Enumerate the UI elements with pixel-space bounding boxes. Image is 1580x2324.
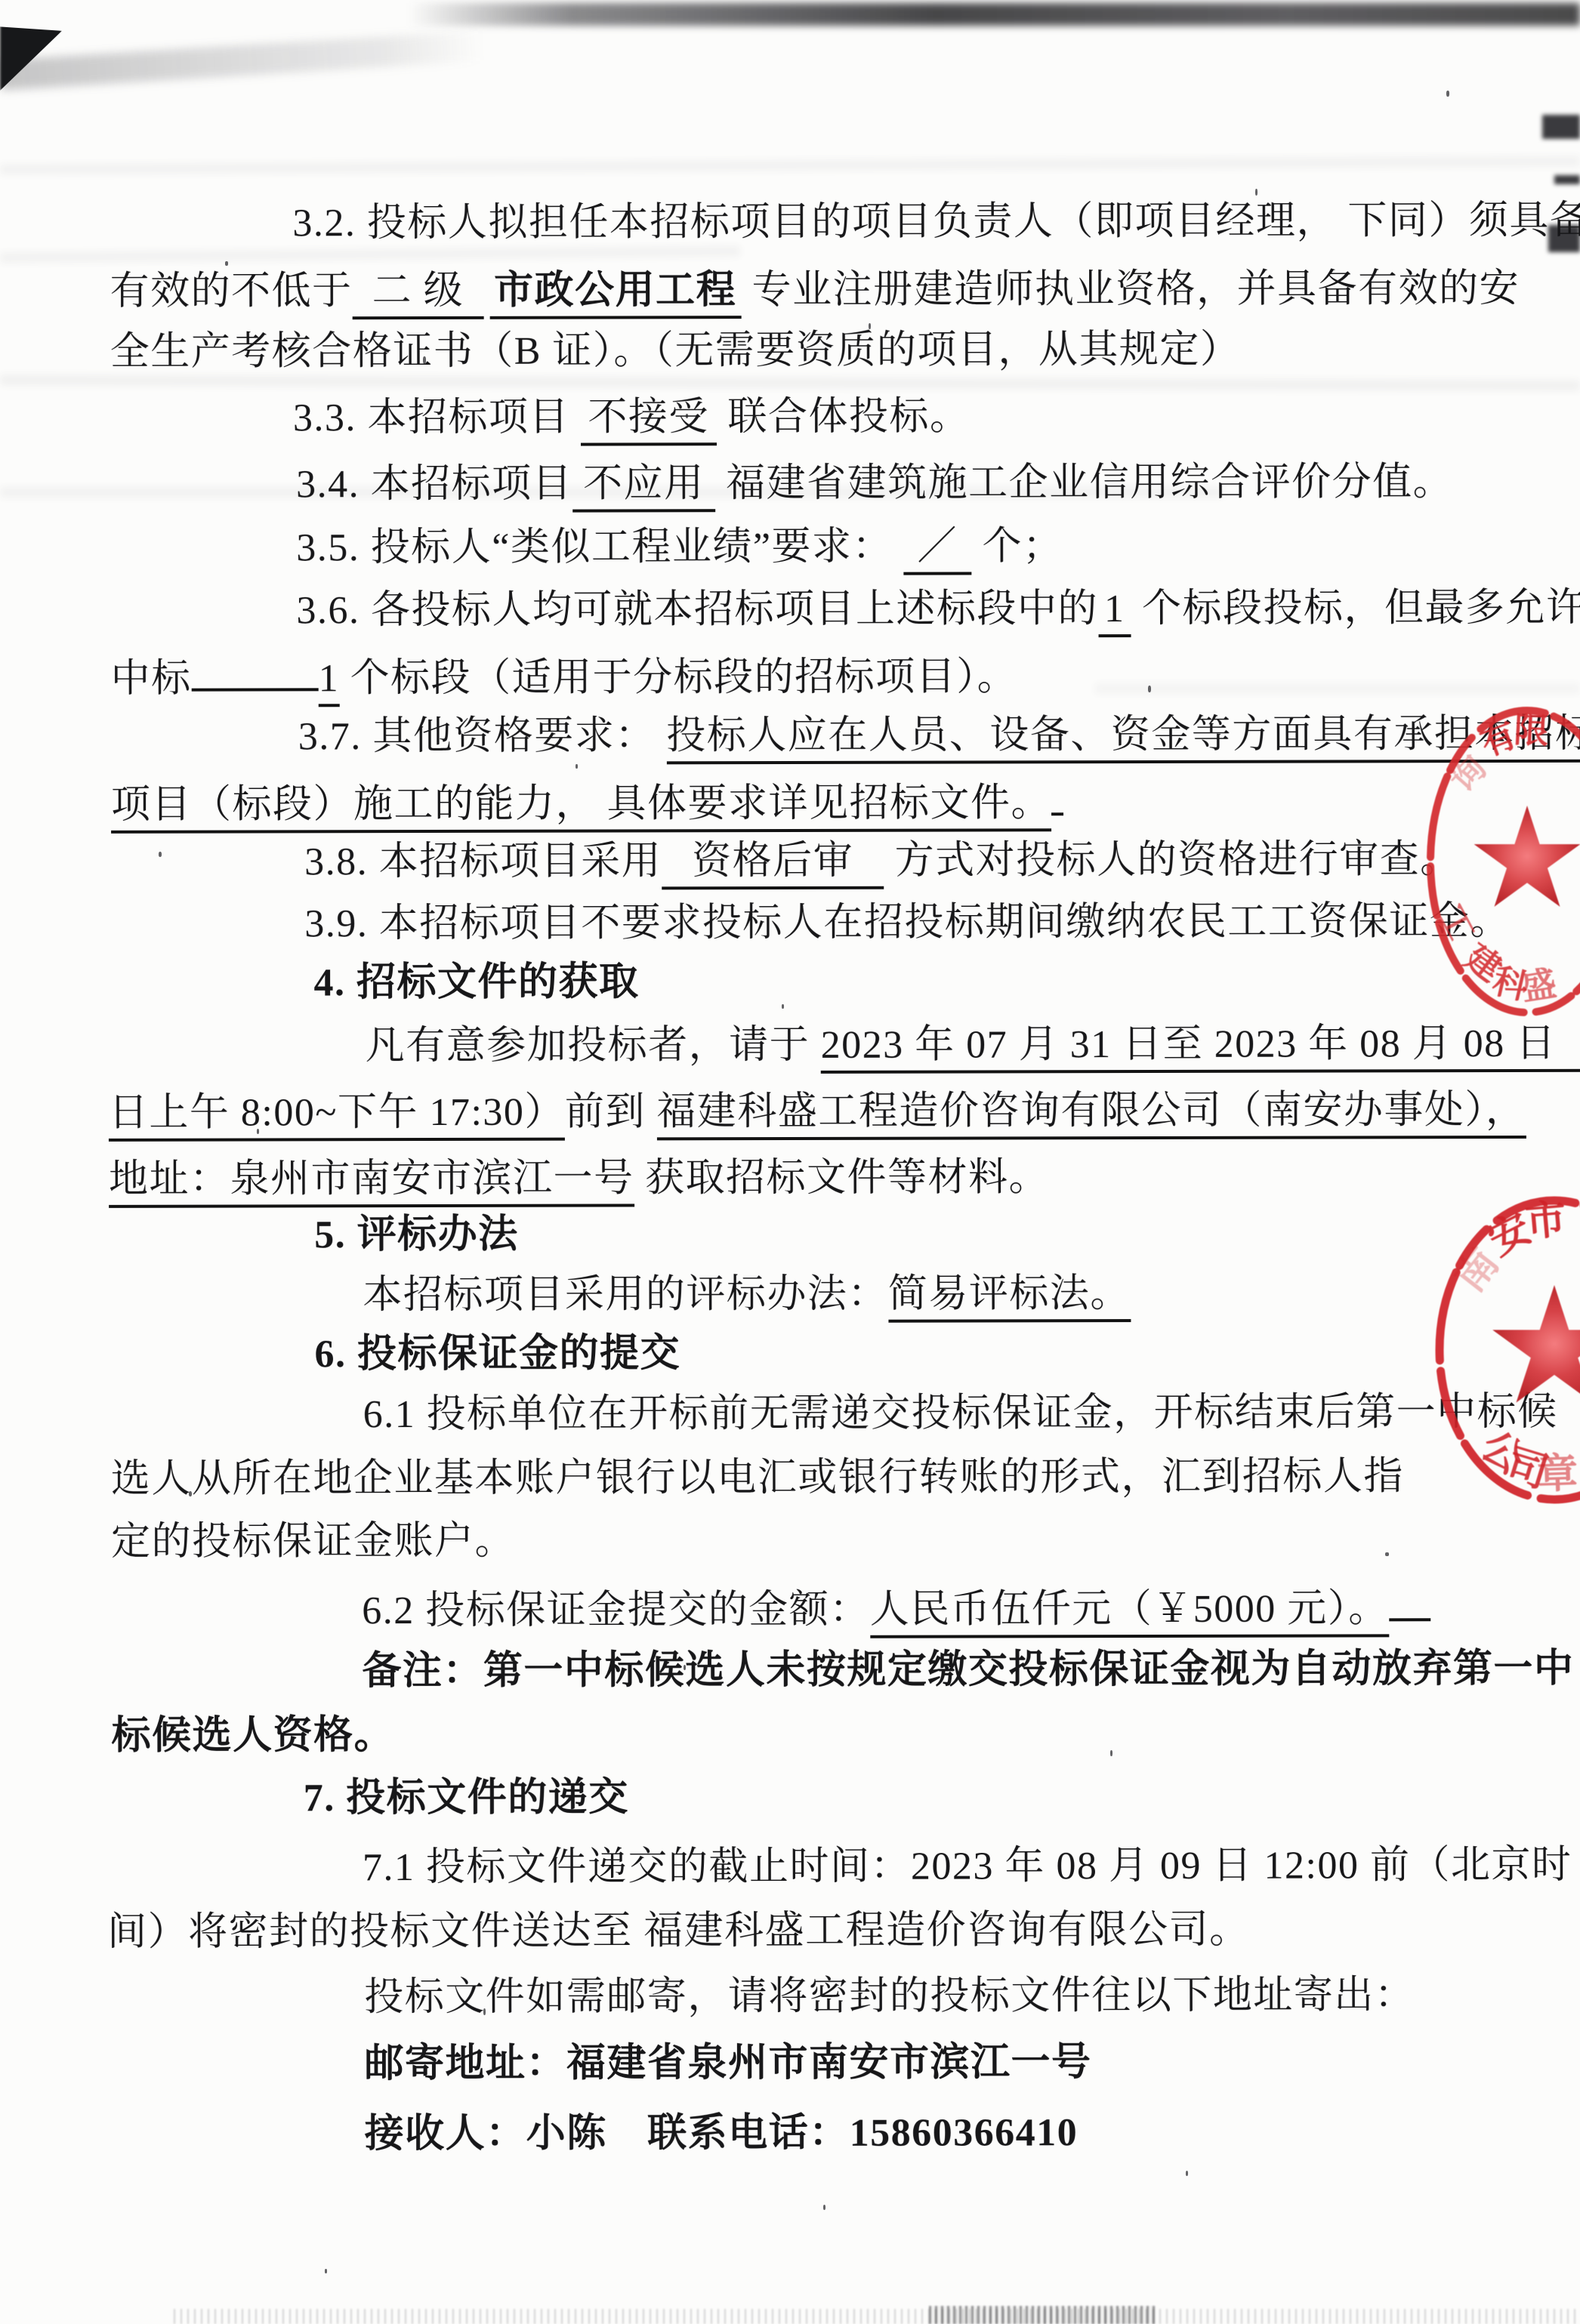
text-run: 本招标项目采用的评标办法： <box>363 1273 888 1317</box>
doc-line: 4. 招标文件的获取 <box>313 957 639 1007</box>
underlined-text: 日上午 8:00~下午 17:30） <box>109 1091 565 1142</box>
blank-underline <box>192 649 319 691</box>
text-run: 个标段投标，但最多允许 <box>1131 587 1580 630</box>
text-run: 福建省建筑施工企业信用综合评价分值。 <box>715 461 1454 505</box>
doc-line: 3.5. 投标人“类似工程业绩”要求： ／ 个； <box>296 522 1063 572</box>
doc-line: 有效的不低于二 级市政公用工程 专业注册建造师执业资格，并具备有效的安 <box>110 264 1520 316</box>
text-run: 7. 投标文件的递交 <box>304 1776 629 1820</box>
doc-line: 标候选人资格。 <box>112 1711 395 1761</box>
underlined-text: 投标人应在人员、设备、资金等方面具有承担本招标 <box>666 713 1580 765</box>
text-run: 凡有意参加投标者，请于 <box>366 1024 821 1068</box>
doc-line: 接收人：小陈 联系电话：15860366410 <box>365 2108 1079 2159</box>
text-run: 3.6. 各投标人均可就本招标项目上述标段中的 <box>296 587 1098 632</box>
underlined-text: 1 <box>1098 587 1131 637</box>
doc-line: 3.7. 其他资格要求： 投标人应在人员、设备、资金等方面具有承担本招标 <box>298 710 1580 762</box>
underlined-text: 市政公用工程 <box>489 269 741 319</box>
text-run: 间）将密封的投标文件送达至 福建科盛工程造价咨询有限公司。 <box>107 1909 1250 1954</box>
doc-line: 6.2 投标保证金提交的金额：人民币伍仟元（￥5000 元）。 <box>362 1579 1430 1635</box>
text-run: 专业注册建造师执业资格，并具备有效的安 <box>741 267 1520 312</box>
doc-line: 3.2. 投标人拟担任本招标项目的项目负责人（即项目经理， 下同）须具备 <box>292 196 1580 248</box>
text-run: 3.2. 投标人拟担任本招标项目的项目负责人（即项目经理， 下同）须具备 <box>292 199 1580 245</box>
doc-line: 3.3. 本招标项目 不接受 联合体投标。 <box>293 392 971 442</box>
doc-line: 项目（标段）施工的能力， 具体要求详见招标文件。 <box>111 773 1063 829</box>
underlined-text: 二 级 <box>353 270 484 319</box>
text-run: 联合体投标。 <box>717 395 971 439</box>
doc-line: 6. 投标保证金的提交 <box>314 1329 680 1379</box>
text-run: 3.4. 本招标项目 <box>296 463 572 507</box>
text-run: 邮寄地址：福建省泉州市南安市滨江一号 <box>364 2041 1091 2085</box>
doc-line: 3.6. 各投标人均可就本招标项目上述标段中的1 个标段投标，但最多允许 <box>296 584 1580 636</box>
text-run: 选人从所在地企业基本账户银行以电汇或银行转账的形式，汇到招标人指 <box>111 1455 1404 1501</box>
doc-line: 3.9. 本招标项目不要求投标人在招投标期间缴纳农民工工资保证金。 <box>304 897 1511 948</box>
underlined-text: 不接受 <box>580 396 717 445</box>
doc-line: 7. 投标文件的递交 <box>304 1773 629 1823</box>
doc-line: 3.4. 本招标项目不应用 福建省建筑施工企业信用综合评价分值。 <box>296 458 1453 509</box>
doc-line: 选人从所在地企业基本账户银行以电汇或银行转账的形式，汇到招标人指 <box>111 1452 1404 1504</box>
underlined-text: 地址：泉州市南安市滨江一号 <box>109 1157 634 1207</box>
document-text-layer: 3.2. 投标人拟担任本招标项目的项目负责人（即项目经理， 下同）须具备有效的不… <box>0 0 1580 2324</box>
text-run: 投标文件如需邮寄，请将密封的投标文件往以下地址寄出： <box>364 1974 1415 2019</box>
doc-line: 邮寄地址：福建省泉州市南安市滨江一号 <box>364 2038 1091 2088</box>
doc-line: 中标1 个标段（适用于分标段的招标项目）。 <box>111 647 1018 703</box>
underlined-text: 不应用 <box>572 462 715 512</box>
text-run: 全生产考核合格证书（B 证）。（无需要资质的项目，从其规定） <box>110 328 1241 374</box>
doc-line: 凡有意参加投标者，请于 2023 年 07 月 31 日至 2023 年 08 … <box>366 1019 1580 1071</box>
doc-line: 日上午 8:00~下午 17:30）前到 福建科盛工程造价咨询有限公司（南安办事… <box>109 1086 1526 1138</box>
text-run: 6. 投标保证金的提交 <box>314 1332 680 1376</box>
text-run: 6.1 投标单位在开标前无需递交投标保证金，开标结束后第一中标候 <box>363 1391 1558 1436</box>
blank-underline <box>1389 1579 1430 1621</box>
doc-line: 3.8. 本招标项目采用资格后审 方式对投标人的资格进行审查。 <box>304 835 1461 886</box>
text-run: 接收人：小陈 联系电话：15860366410 <box>365 2111 1079 2156</box>
text-run: 7.1 投标文件递交的截止时间：2023 年 08 月 09 日 12:00 前… <box>363 1844 1572 1889</box>
text-run: 定的投标保证金账户。 <box>111 1520 515 1564</box>
text-run: 方式对投标人的资格进行审查。 <box>884 838 1461 883</box>
text-run: 个标段（适用于分标段的招标项目）。 <box>339 655 1017 700</box>
doc-line: 本招标项目采用的评标办法：简易评标法。 <box>363 1269 1131 1320</box>
text-run: 标候选人资格。 <box>112 1714 395 1758</box>
underlined-text: 2023 年 07 月 31 日至 2023 年 08 月 08 日（每 <box>821 1022 1580 1074</box>
text-run: 3.8. 本招标项目采用 <box>304 840 662 883</box>
doc-line: 5. 评标办法 <box>314 1210 519 1260</box>
underlined-text: 1 <box>319 657 340 707</box>
text-run: 3.7. 其他资格要求： <box>298 714 667 758</box>
doc-line: 7.1 投标文件递交的截止时间：2023 年 08 月 09 日 12:00 前… <box>363 1841 1572 1892</box>
text-run: 前到 <box>565 1090 657 1133</box>
scanned-document-page: 3.2. 投标人拟担任本招标项目的项目负责人（即项目经理， 下同）须具备有效的不… <box>0 0 1580 2324</box>
underlined-text: ／ <box>903 525 971 575</box>
underlined-text: 项目（标段）施工的能力， 具体要求详见招标文件。 <box>111 781 1051 834</box>
doc-line: 全生产考核合格证书（B 证）。（无需要资质的项目，从其规定） <box>110 325 1241 377</box>
doc-line: 6.1 投标单位在开标前无需递交投标保证金，开标结束后第一中标候 <box>363 1388 1558 1439</box>
doc-line: 定的投标保证金账户。 <box>111 1517 515 1567</box>
text-run: 个； <box>971 525 1063 568</box>
blank-underline <box>1051 773 1063 815</box>
text-run: 3.9. 本招标项目不要求投标人在招投标期间缴纳农民工工资保证金。 <box>304 900 1511 945</box>
text-run: 6.2 投标保证金提交的金额： <box>362 1589 870 1632</box>
text-run: 中标 <box>111 657 192 700</box>
doc-line: 投标文件如需邮寄，请将密封的投标文件往以下地址寄出： <box>364 1971 1415 2022</box>
text-run: 获取招标文件等材料。 <box>634 1156 1050 1200</box>
underlined-text: 资格后审 <box>662 840 884 890</box>
doc-line: 备注：第一中标候选人未按规定缴交投标保证金视为自动放弃第一中 <box>362 1644 1574 1696</box>
underlined-text: 福建科盛工程造价咨询有限公司（南安办事处）， <box>656 1089 1526 1140</box>
text-gap <box>483 268 489 304</box>
underlined-text: 简易评标法。 <box>888 1272 1131 1323</box>
doc-line: 地址：泉州市南安市滨江一号 获取招标文件等材料。 <box>109 1153 1049 1204</box>
text-run: 3.3. 本招标项目 <box>293 396 581 440</box>
underlined-text: 人民币伍仟元（￥5000 元）。 <box>870 1587 1389 1638</box>
text-run: 5. 评标办法 <box>314 1213 519 1257</box>
text-run: 有效的不低于 <box>110 270 353 313</box>
doc-line: 间）将密封的投标文件送达至 福建科盛工程造价咨询有限公司。 <box>107 1906 1250 1957</box>
text-run: 3.5. 投标人“类似工程业绩”要求： <box>296 526 903 570</box>
text-run: 备注：第一中标候选人未按规定缴交投标保证金视为自动放弃第一中 <box>362 1647 1574 1693</box>
text-run: 4. 招标文件的获取 <box>313 960 639 1004</box>
